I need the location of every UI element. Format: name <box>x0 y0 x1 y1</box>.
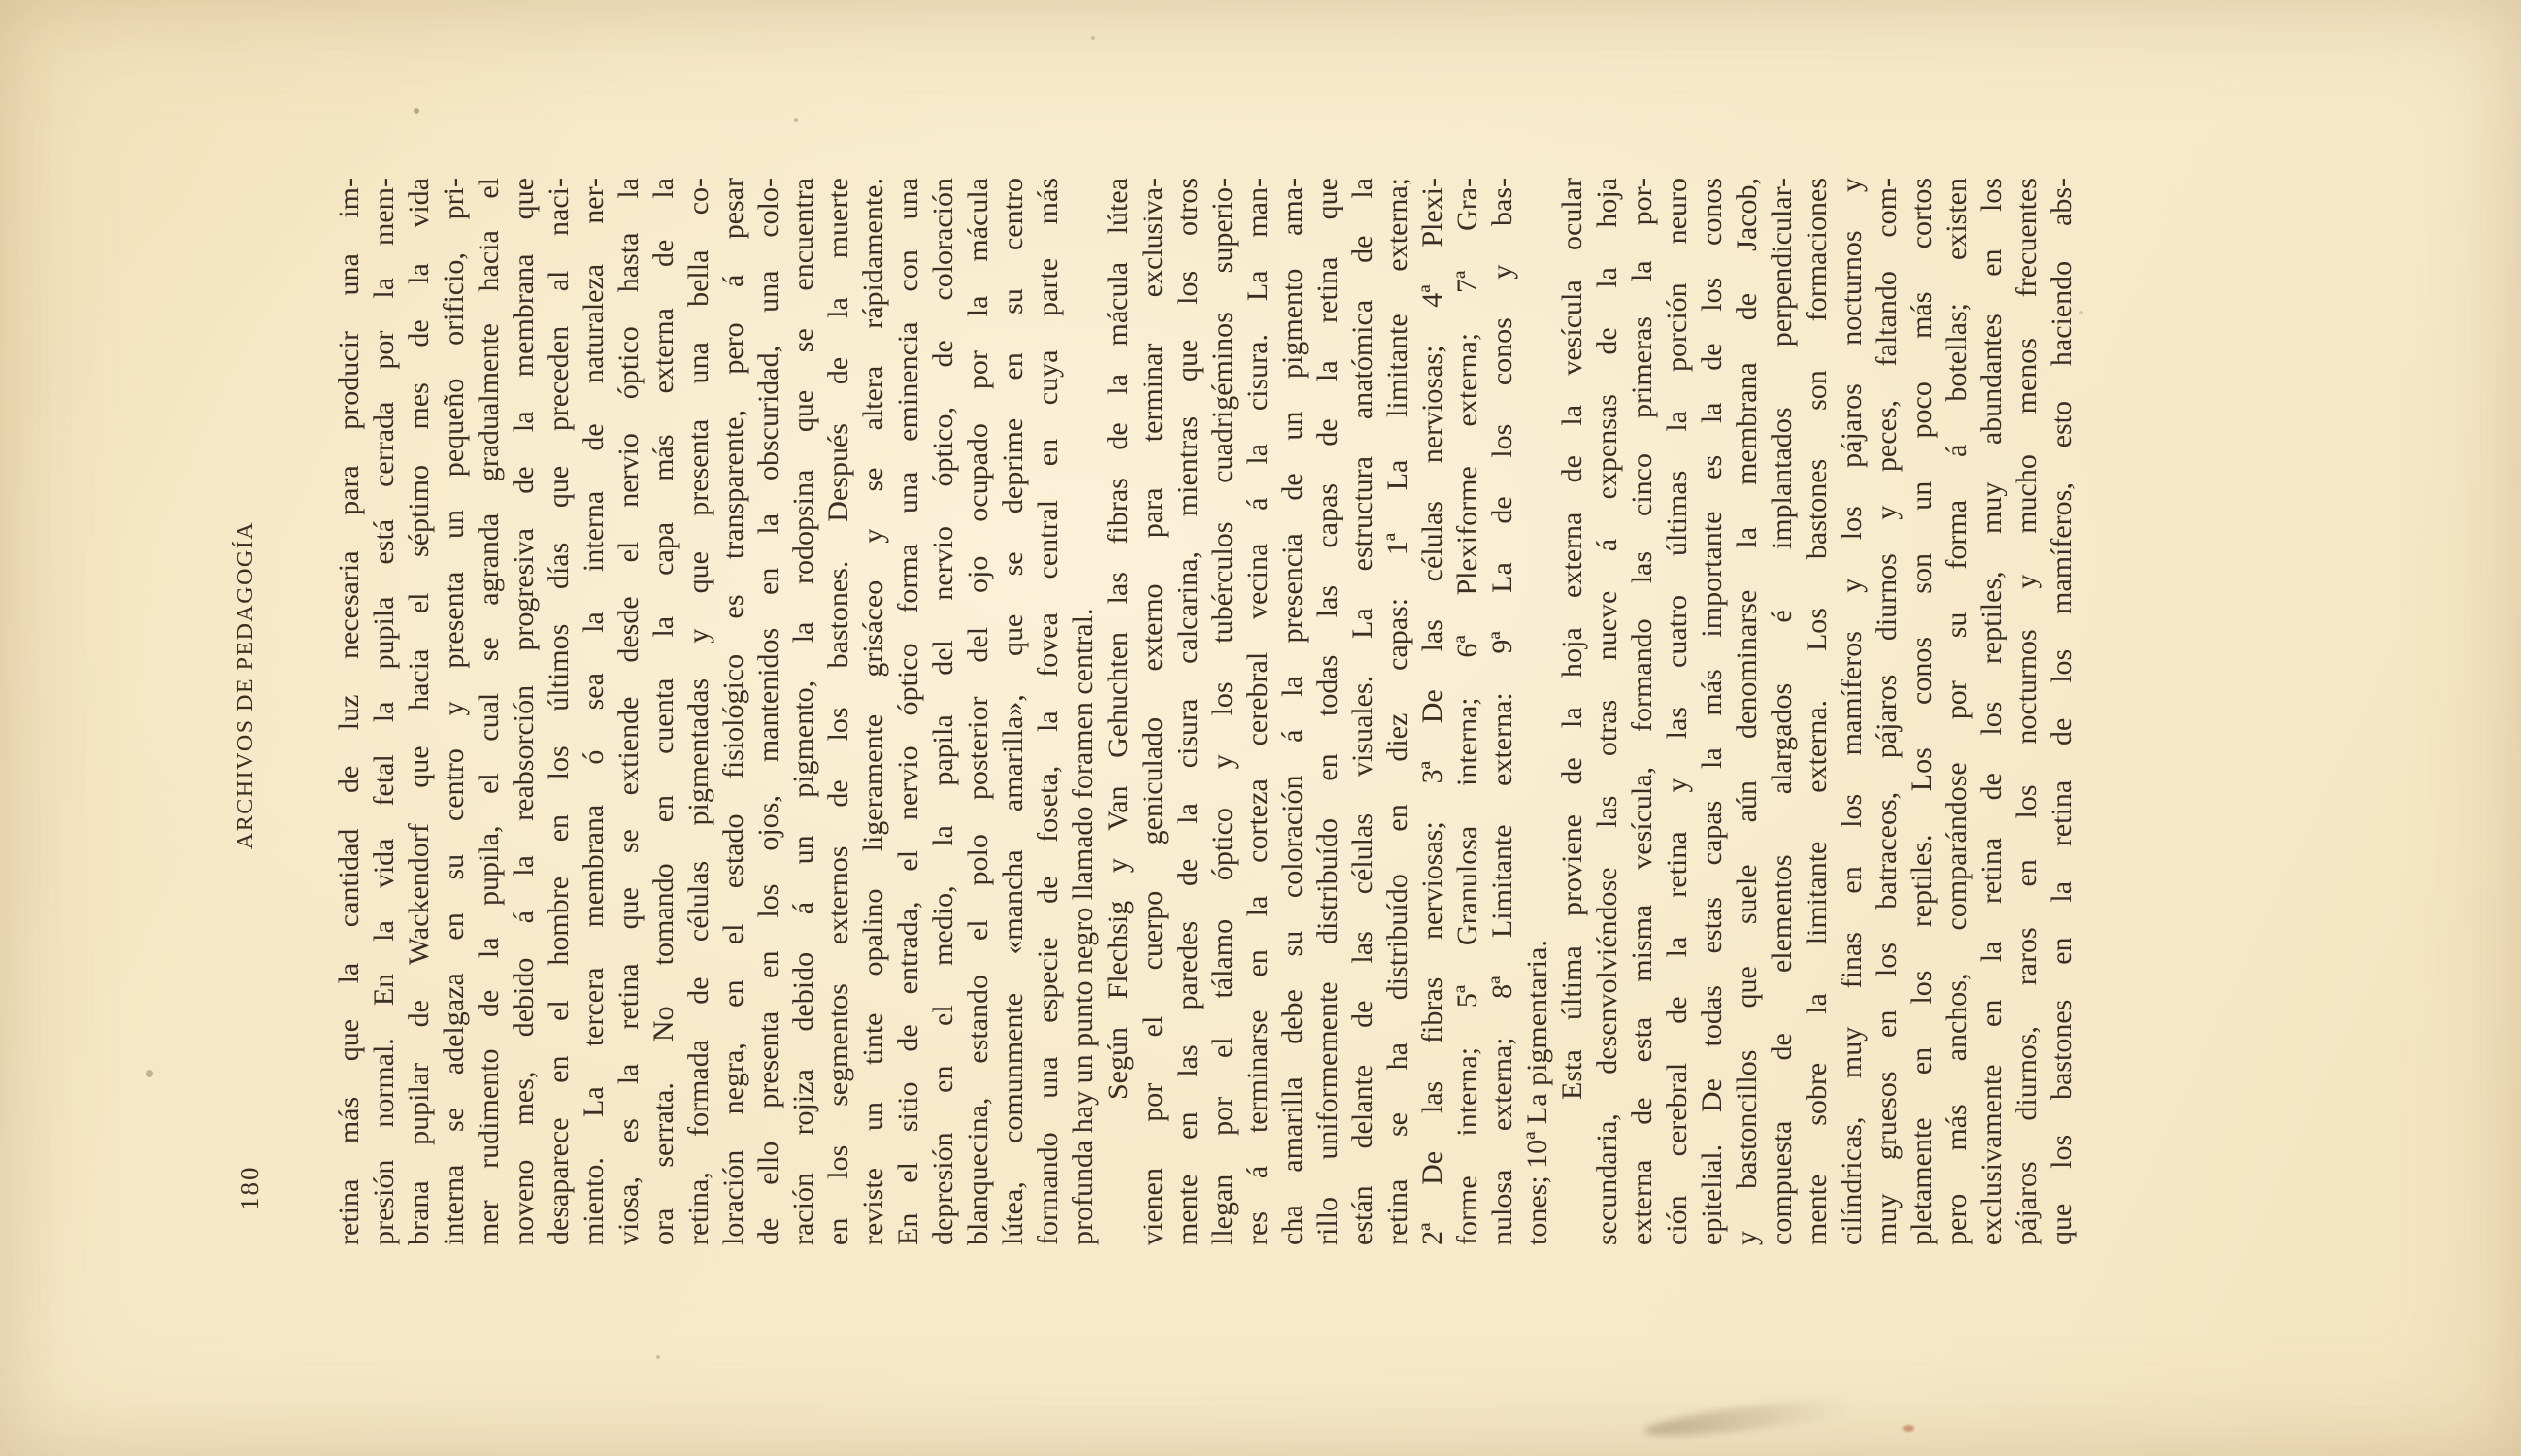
text-line: y bastoncillos que suele aún denominarse… <box>1730 178 1765 1245</box>
text-line: forme interna; 5ª Granulosa interna; 6ª … <box>1450 178 1485 1245</box>
text-line: pájaros diurnos, raros en los nocturnos … <box>2009 178 2044 1245</box>
text-line: retina más que la cantidad de luz necesa… <box>332 178 367 1245</box>
ink-specks <box>0 0 4 4</box>
text-line: mente sobre la limitante externa. Los ba… <box>1800 178 1835 1245</box>
text-line: compuesta de elementos alargados é impla… <box>1765 178 1800 1245</box>
text-line: Esta última proviene de la hoja externa … <box>1555 178 1590 1245</box>
text-line: presión normal. En la vida fetal la pupi… <box>367 178 402 1245</box>
text-line: ración rojiza debido á un pigmento, la r… <box>786 178 821 1245</box>
text-line: blanquecina, estando el polo posterior d… <box>961 178 996 1245</box>
text-line: reviste un tinte opalino ligeramente gri… <box>856 178 891 1245</box>
scanned-page: 180 ARCHIVOS DE PEDAGOGÍA retina más que… <box>0 0 2521 1456</box>
text-line: tones; 10ª La pigmentaria. <box>1520 178 1555 1245</box>
page-header: 180 ARCHIVOS DE PEDAGOGÍA <box>233 178 272 1245</box>
text-line: muy gruesos en los batraceos, pájaros di… <box>1870 178 1905 1245</box>
text-line: epitelial. De todas estas capas la más i… <box>1695 178 1730 1245</box>
page-content: 180 ARCHIVOS DE PEDAGOGÍA retina más que… <box>233 178 2079 1245</box>
text-line: En el sitio de entrada, el nervio óptico… <box>891 178 926 1245</box>
text-line: pletamente en los reptiles. Los conos so… <box>1905 178 1940 1245</box>
text-line: mer rudimento de la pupila, el cual se a… <box>472 178 507 1245</box>
running-header: ARCHIVOS DE PEDAGOGÍA <box>233 178 259 1193</box>
text-line: cilíndricas, muy finas en los mamíferos … <box>1835 178 1870 1245</box>
text-line: ora serrata. No tomando en cuenta la cap… <box>647 178 681 1245</box>
text-line: están delante de las células visuales. L… <box>1345 178 1380 1245</box>
text-line: Según Flechsig y Van Gehuchten las fibra… <box>1101 178 1136 1245</box>
text-line: res á terminarse en la corteza cerebral … <box>1241 178 1276 1245</box>
text-line: profunda hay un punto negro llamado fora… <box>1066 178 1101 1245</box>
text-line: nulosa externa; 8ª Limitante externa: 9ª… <box>1485 178 1520 1245</box>
text-line: loración negra, en el estado fisiológico… <box>716 178 751 1245</box>
text-line: en los segmentos externos de los bastone… <box>821 178 856 1245</box>
red-pencil-mark <box>1903 1425 1914 1432</box>
text-line: retina se ha distribuído en diez capas: … <box>1380 178 1415 1245</box>
text-line: cha amarilla debe su coloración á la pre… <box>1276 178 1310 1245</box>
text-line: pero más anchos, comparándose por su for… <box>1940 178 1974 1245</box>
text-line: formando una especie de foseta, la fovea… <box>1031 178 1066 1245</box>
text-line: retina, formada de células pigmentadas y… <box>681 178 716 1245</box>
text-line: ción cerebral de la retina y las cuatro … <box>1660 178 1695 1245</box>
text-line: mente en las paredes de la cisura calcar… <box>1171 178 1206 1245</box>
text-line: miento. La tercera membrana ó sea la int… <box>577 178 612 1245</box>
text-line: llegan por el tálamo óptico y los tubérc… <box>1206 178 1241 1245</box>
text-line: rillo uniformemente distribuído en todas… <box>1310 178 1345 1245</box>
page-number: 180 <box>235 1166 265 1211</box>
smudge-mark <box>1642 1390 1886 1442</box>
text-line: 2ª De las fibras nerviosas; 3ª De las cé… <box>1415 178 1450 1245</box>
text-line: externa de esta misma vesícula, formando… <box>1625 178 1660 1245</box>
text-line: vienen por el cuerpo geniculado externo … <box>1136 178 1171 1245</box>
text-line: de ello presenta en los ojos, mantenidos… <box>751 178 786 1245</box>
text-line: interna se adelgaza en su centro y prese… <box>437 178 472 1245</box>
text-line: depresión en el medio, la papila del ner… <box>926 178 961 1245</box>
text-line: secundaria, desenvolviéndose las otras n… <box>1590 178 1625 1245</box>
text-line: noveno mes, debido á la reabsorción prog… <box>507 178 542 1245</box>
text-line: que los bastones en la retina de los mam… <box>2044 178 2079 1245</box>
text-line: brana pupilar de Wackendorf que hacia el… <box>402 178 437 1245</box>
text-line: exclusivamente en la retina de los repti… <box>1974 178 2009 1245</box>
text-block: retina más que la cantidad de luz necesa… <box>332 178 2079 1245</box>
text-line: desaparece en el hombre en los últimos d… <box>542 178 577 1245</box>
text-line: viosa, es la retina que se extiende desd… <box>612 178 647 1245</box>
text-line: lútea, comunmente «mancha amarilla», que… <box>996 178 1031 1245</box>
